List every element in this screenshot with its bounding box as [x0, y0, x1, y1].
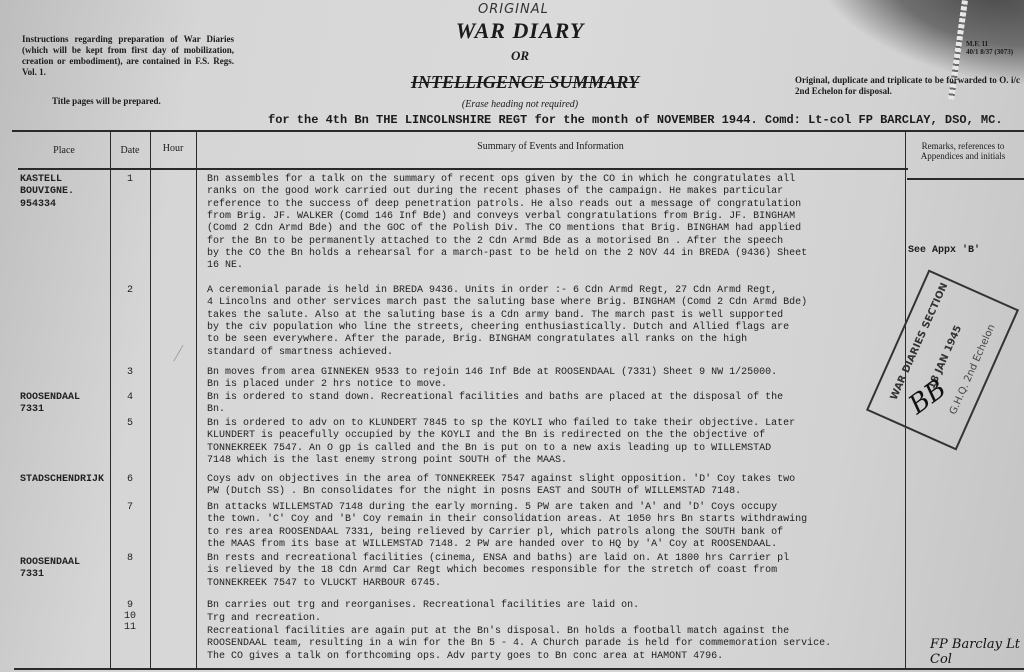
entry-summary-line: by the CO the Bn holds a rehearsal for a…: [207, 248, 907, 260]
war-diary-page: Instructions regarding preparation of Wa…: [0, 0, 1024, 672]
entry-summary-line: to res area ROOSENDAAL 7331, being relie…: [207, 527, 907, 539]
entry-summary-line: ranks on the good work carried out durin…: [207, 186, 907, 198]
column-header-summary: Summary of Events and Information: [196, 141, 905, 152]
struck-intelligence-summary-title: INTELLIGENCE SUMMARY: [360, 72, 690, 93]
entry-summary-line: Bn.: [207, 404, 907, 416]
entry-summary-line: Recreational facilities are again put at…: [207, 626, 907, 638]
column-header-place: Place: [18, 145, 110, 156]
entry-date: 6: [110, 474, 150, 486]
pencil-mark: [173, 345, 203, 361]
entry-summary-line: Bn is ordered to adv on to KLUNDERT 7845…: [207, 418, 907, 430]
stamp-initials: BB: [903, 374, 952, 421]
entry-summary-line: Bn moves from area GINNEKEN 9533 to rejo…: [207, 367, 907, 379]
entry-summary-line: the MAAS from its base at WILLEMSTAD 714…: [207, 539, 907, 551]
entry-place: KASTELL BOUVIGNE. 954334: [20, 174, 120, 211]
unit-month-commander-line: for the 4th Bn THE LINCOLNSHIRE REGT for…: [268, 113, 1003, 127]
entry-place: ROOSENDAAL 7331: [20, 392, 120, 417]
entry-summary-line: Bn assembles for a talk on the summary o…: [207, 174, 907, 186]
entry-summary-line: A ceremonial parade is held in BREDA 943…: [207, 285, 907, 297]
title-or: OR: [480, 48, 560, 64]
entry-summary-line: Bn rests and recreational facilities (ci…: [207, 553, 907, 565]
entry-summary-line: 4 Lincolns and other services march past…: [207, 297, 907, 309]
entry-summary-line: Bn attacks WILLEMSTAD 7148 during the ea…: [207, 502, 907, 514]
remarks-header-rule: [907, 178, 1024, 180]
entry-summary-line: is relieved by the 18 Cdn Armd Car Regt …: [207, 565, 907, 577]
header-bottom-rule: [18, 168, 908, 170]
entry-summary-line: PW (Dutch SS) . Bn consolidates for the …: [207, 486, 907, 498]
entry-date: 1: [110, 174, 150, 186]
entry-summary-line: the town. 'C' Coy and 'B' Coy remain in …: [207, 514, 907, 526]
entry-summary-line: reference to the success of deep penetra…: [207, 199, 907, 211]
erase-heading-note: (Erase heading not required): [440, 99, 600, 110]
entry-summary-line: ROOSENDAAL team, resulting in a win for …: [207, 638, 907, 650]
date-hour-divider: [150, 131, 151, 668]
entry-summary-line: takes the salute. Also at the saluting b…: [207, 310, 907, 322]
entry-date: 7: [110, 502, 150, 514]
form-number: M.F. 11 40/1 8/37 (3073): [966, 40, 1013, 56]
entry-summary-line: for the Bn to be permanently attached to…: [207, 236, 907, 248]
handwritten-original-annotation: ORIGINAL: [478, 2, 549, 17]
entry-summary-line: 16 NE.: [207, 260, 907, 272]
entry-date: 8: [110, 553, 150, 565]
entry-date: 2: [110, 285, 150, 297]
remark-see-appendix-b: See Appx 'B': [908, 245, 980, 256]
forwarding-note: Original, duplicate and triplicate to be…: [795, 75, 1020, 97]
entry-date: 3: [110, 367, 150, 379]
entry-place: ROOSENDAAL 7331: [20, 557, 120, 582]
entry-date: 4: [110, 392, 150, 404]
entry-summary-line: to be seen everywhere. After the parade,…: [207, 334, 907, 346]
entry-summary-line: Bn is ordered to stand down. Recreationa…: [207, 392, 907, 404]
entry-summary-line: TONNEKREEK 7547 to VLUCKT HARBOUR 6745.: [207, 578, 907, 590]
entry-summary-line: by the civ population who line the stree…: [207, 322, 907, 334]
entry-summary-line: 7148 which is the last enemy strong poin…: [207, 455, 907, 467]
entry-summary-line: Trg and recreation.: [207, 613, 907, 625]
table-bottom-rule: [14, 668, 1024, 670]
entry-summary-line: Bn is placed under 2 hrs notice to move.: [207, 379, 907, 391]
column-header-remarks: Remarks, references to Appendices and in…: [907, 141, 1019, 161]
column-header-hour: Hour: [150, 143, 196, 154]
entry-date: 5: [110, 418, 150, 430]
entry-summary-line: (Comd 2 Cdn Armd Bde) and the GOC of the…: [207, 223, 907, 235]
entry-summary-line: Coys adv on objectives in the area of TO…: [207, 474, 907, 486]
entry-summary-line: The CO gives a talk on forthcoming ops. …: [207, 651, 907, 663]
column-header-date: Date: [110, 145, 150, 156]
entry-summary-line: from Brig. JF. WALKER (Comd 146 Inf Bde)…: [207, 211, 907, 223]
instructions-note: Instructions regarding preparation of Wa…: [22, 34, 234, 78]
entry-date: 11: [110, 622, 150, 634]
title-pages-note: Title pages will be prepared.: [52, 96, 161, 106]
stamp-echelon: G.H.Q. 2nd Echelon: [937, 299, 1008, 441]
entry-summary-line: KLUNDERT is peacefully occupied by the K…: [207, 430, 907, 442]
entry-summary-line: Bn carries out trg and reorganises. Recr…: [207, 600, 907, 612]
hour-summary-divider: [196, 131, 197, 668]
entry-summary-line: TONNEKREEK 7547. An O gp is called and t…: [207, 443, 907, 455]
entry-summary-line: standard of smartness achieved.: [207, 347, 907, 359]
document-title: WAR DIARY: [440, 18, 600, 44]
entry-place: STADSCHENDRIJK: [20, 474, 120, 486]
table-top-rule: [12, 130, 1024, 132]
commander-signature: FP Barclay Lt Col: [930, 637, 1024, 667]
